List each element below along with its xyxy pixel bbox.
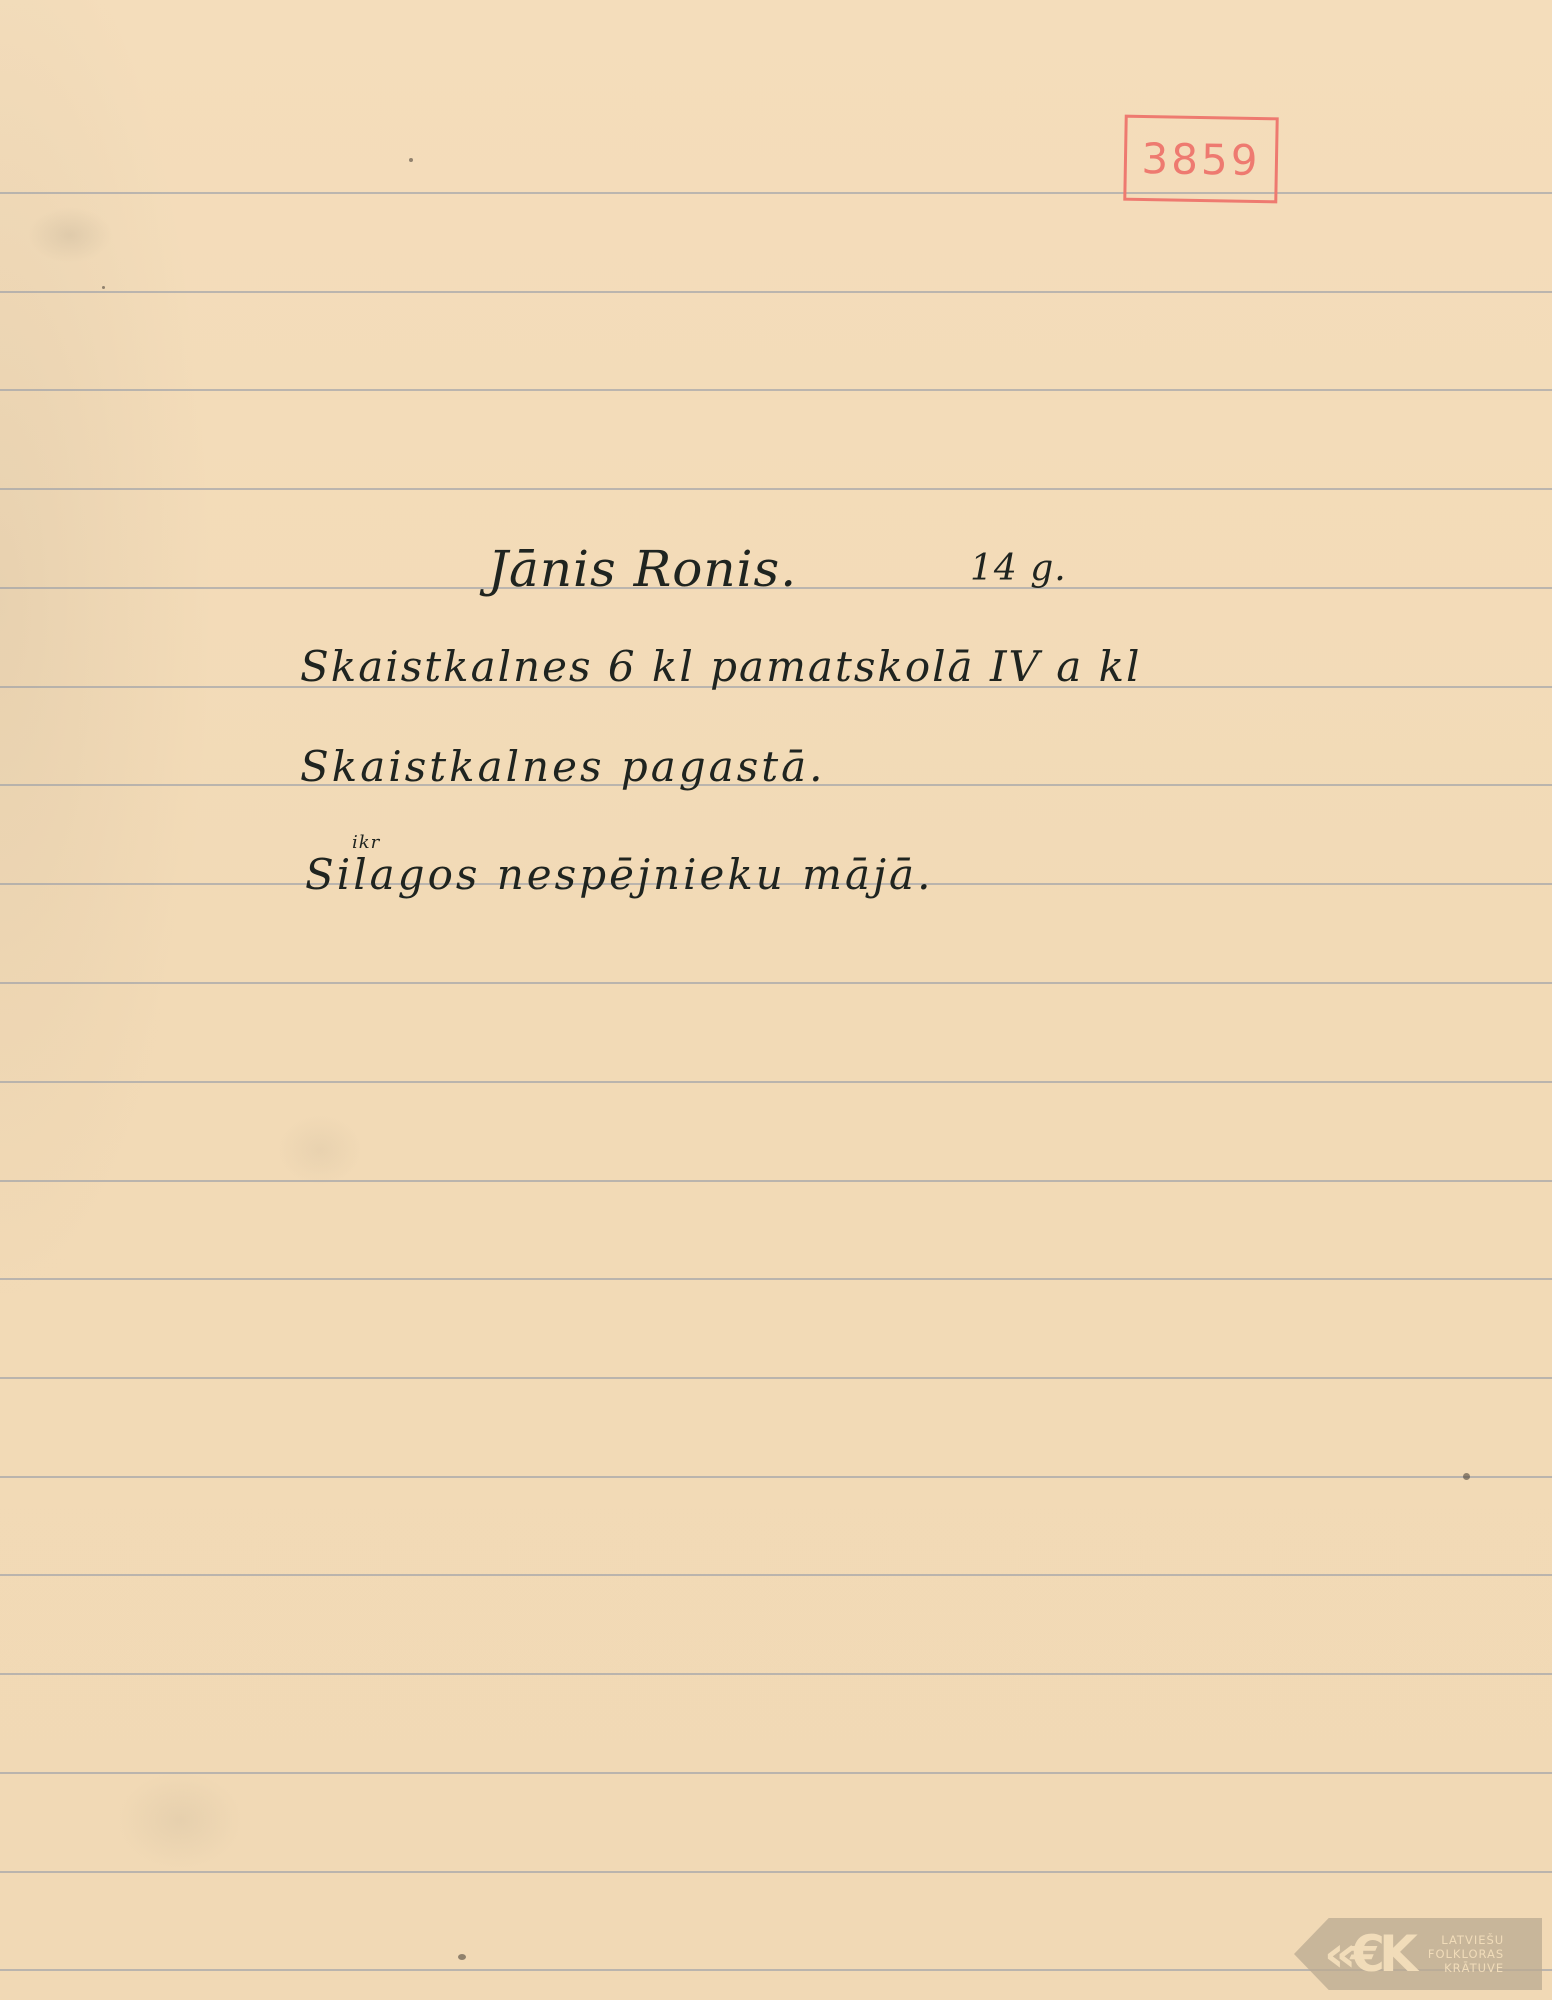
archive-number-stamp: 3859: [1123, 115, 1278, 204]
ruled-line: [0, 1377, 1552, 1379]
residence-line: Silagos nespējnieku mājā.: [305, 850, 933, 899]
parish-line: Skaistkalnes pagastā.: [300, 742, 826, 791]
ruled-line: [0, 982, 1552, 984]
ruled-line: [0, 1180, 1552, 1182]
ruled-line: [0, 192, 1552, 194]
ruled-line: [0, 488, 1552, 490]
ruled-line: [0, 1574, 1552, 1576]
ruled-line: [0, 291, 1552, 293]
paper-speck: [102, 286, 105, 289]
ruled-line: [0, 1772, 1552, 1774]
paper-speck: [458, 1954, 466, 1960]
school-line: Skaistkalnes 6 kl pamatskolā IV a kl: [300, 642, 1142, 691]
ruled-line: [0, 1476, 1552, 1478]
paper-background: [0, 0, 1552, 2000]
author-name: Jānis Ronis.: [488, 540, 797, 598]
paper-speck: [1463, 1473, 1470, 1480]
archive-number: 3859: [1141, 133, 1261, 184]
author-age: 14 g.: [970, 548, 1067, 589]
ruled-line: [0, 1871, 1552, 1873]
ruled-line: [0, 389, 1552, 391]
paper-speck: [409, 158, 413, 162]
ruled-line: [0, 1081, 1552, 1083]
ruled-line: [0, 1278, 1552, 1280]
logo-mark-icon: «€K: [1324, 1925, 1412, 1983]
ruled-line: [0, 1673, 1552, 1675]
archive-watermark-logo: «€K LATVIEŠU FOLKLORAS KRĀTUVE: [1294, 1918, 1542, 1990]
logo-text: LATVIEŠU FOLKLORAS KRĀTUVE: [1428, 1933, 1504, 1975]
